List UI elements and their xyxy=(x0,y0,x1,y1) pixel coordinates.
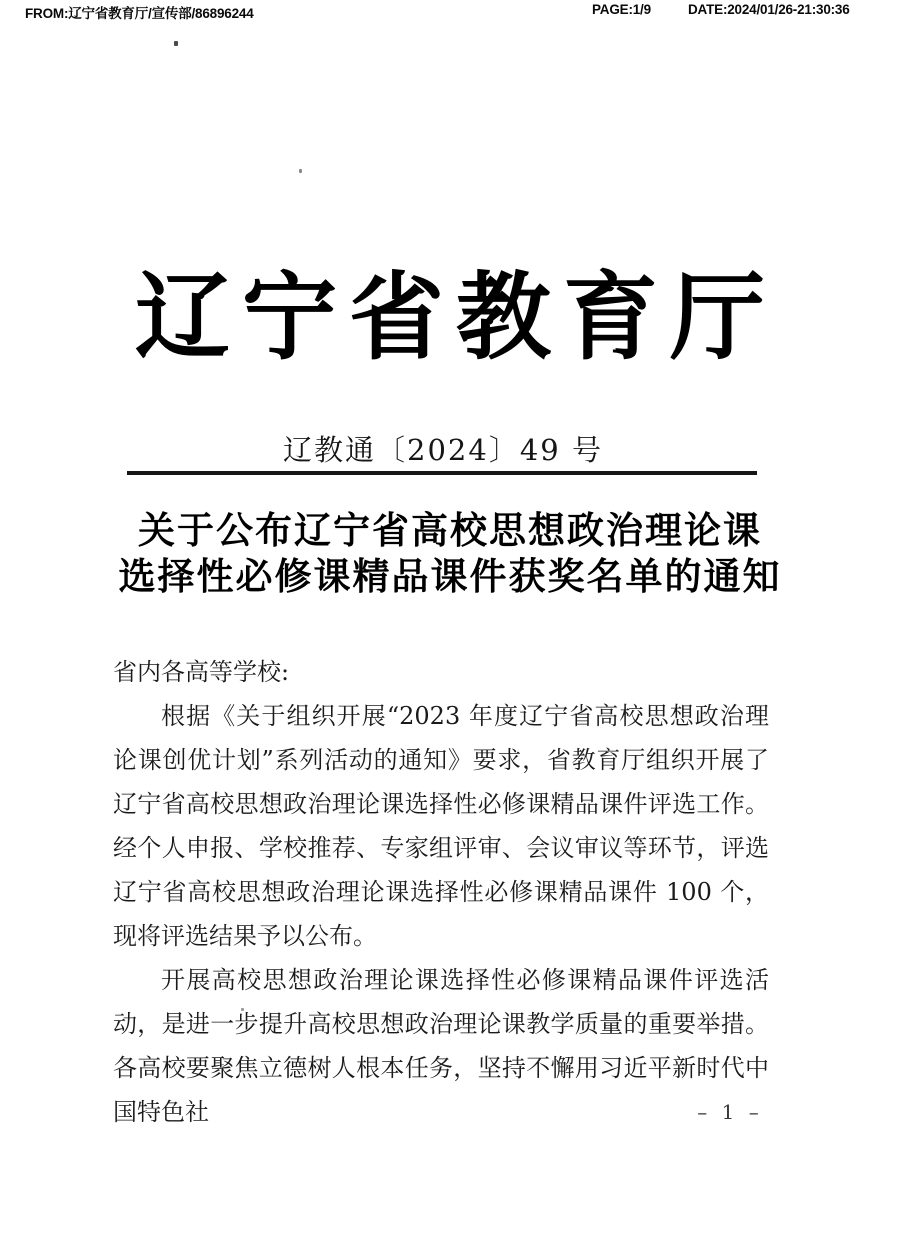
fax-from-line: FROM:辽宁省教育厅/宣传部/86896244 xyxy=(25,2,254,22)
fax-page-indicator: PAGE:1/9 xyxy=(592,2,651,17)
salutation-line: 省内各高等学校: xyxy=(113,650,769,694)
body-paragraph-2: 开展高校思想政治理论课选择性必修课精品课件评选活动，是进一步提升高校思想政治理论… xyxy=(113,958,769,1134)
scan-artifact-speck xyxy=(174,41,178,46)
letterhead-divider-rule xyxy=(127,471,757,475)
fax-header: FROM:辽宁省教育厅/宣传部/86896244 PAGE:1/9 DATE:2… xyxy=(0,2,900,22)
notice-body: 省内各高等学校: 根据《关于组织开展“2023 年度辽宁省高校思想政治理论课创优… xyxy=(113,650,769,1134)
letterhead-org-title: 辽宁省教育厅 xyxy=(0,258,900,378)
document-number: 辽教通〔2024〕49 号 xyxy=(0,432,886,468)
page-number: – 1 – xyxy=(689,1100,771,1124)
body-paragraph-1: 根据《关于组织开展“2023 年度辽宁省高校思想政治理论课创优计划”系列活动的通… xyxy=(113,694,769,958)
notice-title: 关于公布辽宁省高校思想政治理论课 选择性必修课精品课件获奖名单的通知 xyxy=(0,508,900,600)
fax-date-stamp: DATE:2024/01/26-21:30:36 xyxy=(688,2,850,17)
notice-title-line2: 选择性必修课精品课件获奖名单的通知 xyxy=(0,554,900,600)
document-page: FROM:辽宁省教育厅/宣传部/86896244 PAGE:1/9 DATE:2… xyxy=(0,0,900,1256)
scan-artifact-speck xyxy=(299,169,302,173)
notice-title-line1: 关于公布辽宁省高校思想政治理论课 xyxy=(0,508,900,554)
